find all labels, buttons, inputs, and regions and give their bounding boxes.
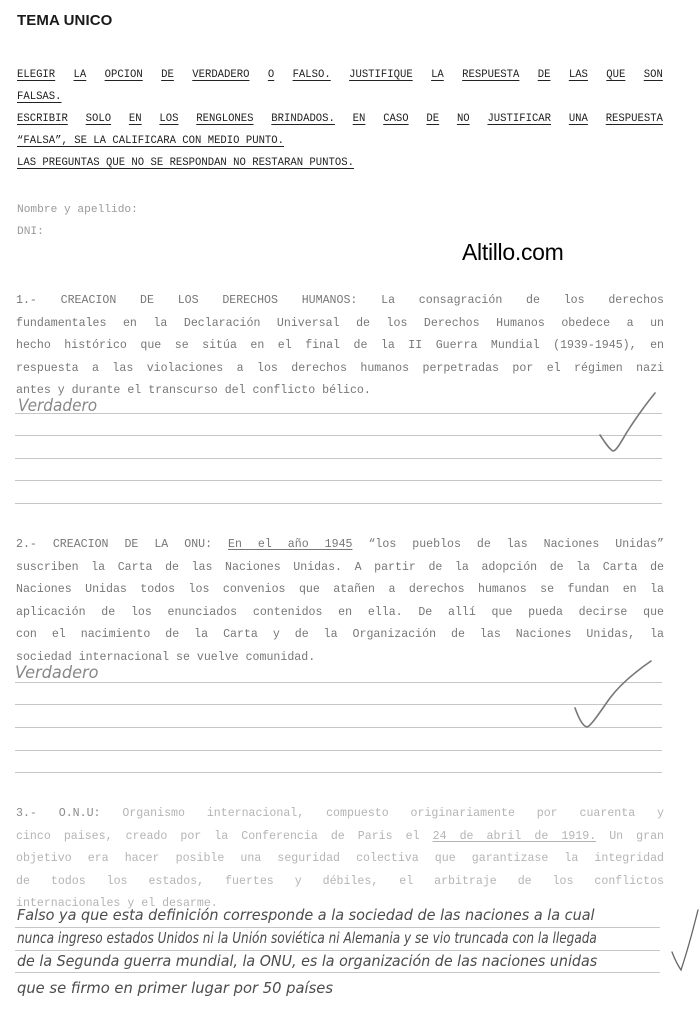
answer-line bbox=[15, 413, 662, 414]
exam-page: TEMA UNICO ELEGIRLAOPCIONDEVERDADEROOFAL… bbox=[0, 0, 700, 1031]
instruction-word: VERDADERO bbox=[192, 64, 249, 86]
question-text: con el nacimiento de la Carta y de la Or… bbox=[16, 624, 664, 647]
instruction-word: SOLO bbox=[86, 108, 111, 130]
question-number: 1.- bbox=[16, 294, 37, 307]
instruction-word: EN bbox=[129, 108, 142, 130]
answer-line bbox=[15, 950, 660, 951]
instruction-text: “FALSA”, SE LA CALIFICARA CON MEDIO PUNT… bbox=[17, 135, 284, 147]
instruction-line-1: ELEGIRLAOPCIONDEVERDADEROOFALSO.JUSTIFIQ… bbox=[17, 64, 663, 86]
instruction-line-3: ESCRIBIRSOLOENLOSRENGLONESBRINDADOS.ENCA… bbox=[17, 108, 663, 130]
instruction-line-5: LAS PREGUNTAS QUE NO SE RESPONDAN NO RES… bbox=[17, 152, 663, 174]
answer-line bbox=[15, 972, 660, 973]
question-2: 2.- CREACION DE LA ONU: En el año 1945 “… bbox=[16, 534, 664, 669]
question-text: fundamentales en la Declaración Universa… bbox=[16, 313, 664, 336]
watermark: Altillo.com bbox=[462, 239, 564, 266]
instruction-word: LA bbox=[74, 64, 87, 86]
answer-line bbox=[15, 772, 662, 773]
page-title: TEMA UNICO bbox=[17, 12, 112, 29]
instruction-word: EN bbox=[353, 108, 366, 130]
check-mark-icon bbox=[575, 661, 651, 727]
handwritten-answer: Verdadero bbox=[15, 663, 99, 683]
question-3: 3.- O.N.U: Organismo internacional, comp… bbox=[16, 803, 664, 916]
answer-line bbox=[15, 727, 662, 728]
question-number: 2.- bbox=[16, 538, 37, 551]
handwritten-answer: Verdadero bbox=[18, 396, 97, 416]
question-text: de todos los estados, fuertes y débiles,… bbox=[16, 871, 664, 894]
underlined-phrase: 24 de abril de 1919. bbox=[433, 830, 597, 843]
question-text: “los pueblos de las Naciones Unidas” bbox=[368, 538, 664, 551]
dni-field-label: DNI: bbox=[17, 226, 44, 238]
instruction-word: LAS bbox=[569, 64, 588, 86]
instruction-word: BRINDADOS. bbox=[271, 108, 335, 130]
instruction-word: RENGLONES bbox=[196, 108, 253, 130]
handwritten-answer-line-1: Falso ya que esta definición corresponde… bbox=[17, 906, 595, 924]
check-mark-icon bbox=[672, 910, 698, 970]
instruction-word: JUSTIFICAR bbox=[487, 108, 551, 130]
instruction-line-2: FALSAS. bbox=[17, 86, 663, 108]
name-field-label: Nombre y apellido: bbox=[17, 204, 138, 216]
instruction-word: JUSTIFIQUE bbox=[349, 64, 413, 86]
question-1: 1.- CREACION DE LOS DERECHOS HUMANOS: La… bbox=[16, 290, 664, 403]
instruction-text: FALSAS. bbox=[17, 91, 62, 103]
instruction-word: ESCRIBIR bbox=[17, 108, 68, 130]
instruction-word: DE bbox=[426, 108, 439, 130]
question-heading: CREACION DE LA ONU: bbox=[53, 538, 212, 551]
answer-line bbox=[15, 704, 662, 705]
answer-line bbox=[15, 503, 662, 504]
instruction-word: SON bbox=[644, 64, 663, 86]
answer-line bbox=[15, 682, 662, 683]
instruction-line-4: “FALSA”, SE LA CALIFICARA CON MEDIO PUNT… bbox=[17, 130, 663, 152]
handwritten-answer-line-3: de la Segunda guerra mundial, la ONU, es… bbox=[17, 952, 597, 970]
question-text: objetivo era hacer posible una seguridad… bbox=[16, 848, 664, 871]
instruction-word: ELEGIR bbox=[17, 64, 55, 86]
instruction-word: CASO bbox=[383, 108, 408, 130]
question-text: suscriben la Carta de las Naciones Unida… bbox=[16, 557, 664, 580]
question-text: Organismo internacional, compuesto origi… bbox=[122, 807, 664, 820]
instruction-word: QUE bbox=[606, 64, 625, 86]
question-text: hecho histórico que se sitúa en el final… bbox=[16, 335, 664, 358]
underlined-phrase: En el año 1945 bbox=[228, 538, 352, 551]
answer-line bbox=[15, 458, 662, 459]
instruction-word: LA bbox=[431, 64, 444, 86]
handwritten-answer-line-2: nunca ingreso estados Unidos ni la Unión… bbox=[17, 929, 597, 947]
answer-line bbox=[15, 927, 660, 928]
instruction-word: RESPUESTA bbox=[462, 64, 519, 86]
instruction-word: LOS bbox=[159, 108, 178, 130]
question-text: sociedad internacional se vuelve comunid… bbox=[16, 647, 664, 670]
instruction-word: DE bbox=[538, 64, 551, 86]
answer-line bbox=[15, 750, 662, 751]
question-text: Un gran bbox=[609, 830, 664, 843]
answer-line bbox=[15, 480, 662, 481]
question-text: Naciones Unidas todos los convenios que … bbox=[16, 579, 664, 602]
instruction-word: DE bbox=[161, 64, 174, 86]
question-text: cinco paises, creado por la Conferencia … bbox=[16, 830, 420, 843]
question-text: antes y durante el transcurso del confli… bbox=[16, 380, 664, 403]
instruction-word: RESPUESTA bbox=[606, 108, 663, 130]
instruction-text: LAS PREGUNTAS QUE NO SE RESPONDAN NO RES… bbox=[17, 157, 354, 169]
question-text: La consagración de los derechos bbox=[381, 294, 664, 307]
question-heading: CREACION DE LOS DERECHOS HUMANOS: bbox=[61, 294, 358, 307]
instruction-word: FALSO. bbox=[293, 64, 331, 86]
instruction-word: NO bbox=[457, 108, 470, 130]
question-text: respuesta a las violaciones a los derech… bbox=[16, 358, 664, 381]
handwritten-answer-line-4: que se firmo en primer lugar por 50 país… bbox=[17, 979, 333, 997]
instruction-word: OPCION bbox=[105, 64, 143, 86]
question-heading: O.N.U: bbox=[59, 807, 101, 820]
question-text: aplicación de los enunciados contenidos … bbox=[16, 602, 664, 625]
question-number: 3.- bbox=[16, 807, 37, 820]
instruction-word: UNA bbox=[569, 108, 588, 130]
instruction-word: O bbox=[268, 64, 274, 86]
answer-line bbox=[15, 435, 662, 436]
